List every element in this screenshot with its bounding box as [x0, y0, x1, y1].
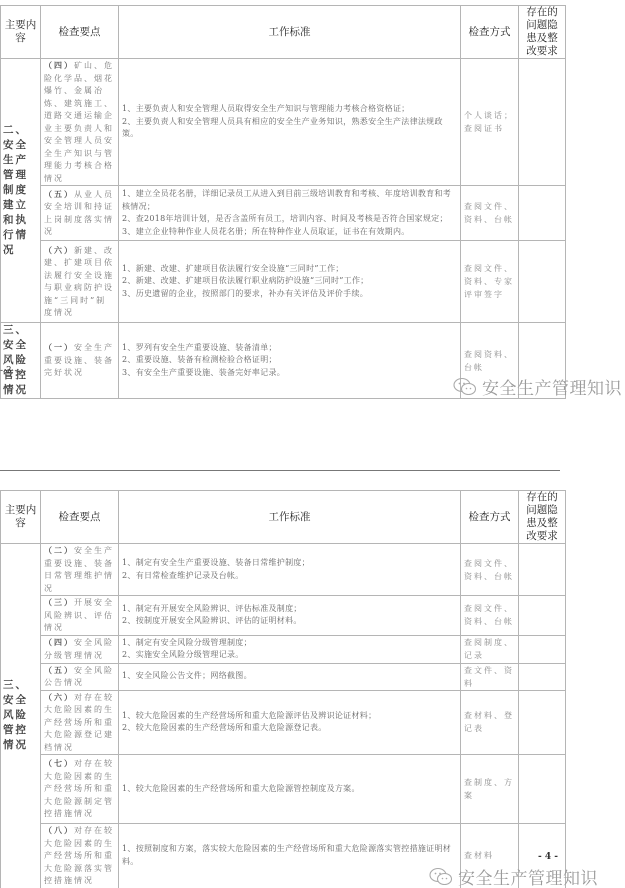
check-method-cell: 查阅文件、资料、台帐: [461, 544, 519, 596]
standard-line: 2、新建、改建、扩建项目依法履行职业病防护设施“三同时”工作；: [122, 275, 457, 288]
main-content-cell: 三、安全风险管控情况: [1, 544, 41, 888]
table-header-row: 主要内容 检查要点 工作标准 检查方式 存在的问题隐患及整改要求: [1, 491, 566, 544]
table-row: （六）对存在较大危险因素的生产经营场所和重大危险源登记建档情况 1、较大危险因素…: [1, 690, 566, 755]
watermark: 安全生产管理知识: [428, 864, 598, 888]
main-content-cell: 二、安全生产管理制度建立和执行情况: [1, 59, 41, 323]
table-row: 三、安全风险管控情况 （二）安全生产重要设施、装备日常管理维护情况 1、制定有安…: [1, 544, 566, 596]
item-number: （四）: [44, 60, 74, 70]
standard-line: 1、安全风险公告文件；网络截图。: [122, 670, 457, 683]
work-standard-cell: 1、制定有安全生产重要设施、装备日常维护制度； 2、有日常检查维护记录及台帐。: [119, 544, 461, 596]
header-check-method: 检查方式: [461, 6, 519, 59]
check-point-cell: （五）安全风险公告情况: [41, 663, 119, 690]
work-standard-cell: 1、制定有开展安全风险辨识、评估标准及制度； 2、按制度开展安全风险辨识、评估的…: [119, 596, 461, 636]
header-work-standard: 工作标准: [119, 491, 461, 544]
header-work-standard: 工作标准: [119, 6, 461, 59]
check-method-cell: 查阅制度、记录: [461, 635, 519, 663]
item-number: （六）: [44, 692, 74, 702]
issues-cell[interactable]: [519, 241, 566, 323]
table-row: （三）开展安全风险辨识、评估情况 1、制定有开展安全风险辨识、评估标准及制度； …: [1, 596, 566, 636]
check-method-cell: 查阅文件、资料、台帐: [461, 596, 519, 636]
check-point-cell: （四）矿山、危险化学品、烟花爆竹、金属冶炼、建筑施工、道路交通运输企业主要负责人…: [41, 59, 119, 186]
wechat-icon: [428, 867, 454, 887]
standard-line: 1、较大危险因素的生产经营场所和重大危险源评估及辨识论证材料；: [122, 710, 457, 723]
main-content-cell: 三、安全风险管控情况: [1, 323, 41, 399]
inspection-table-page-4: 主要内容 检查要点 工作标准 检查方式 存在的问题隐患及整改要求 三、安全风险管…: [0, 490, 566, 888]
item-number: （四）: [44, 637, 74, 647]
item-number: （二）: [44, 545, 74, 555]
issues-cell[interactable]: [519, 59, 566, 186]
check-point-cell: （六）新建、改建、扩建项目依法履行安全设施与职业病防护设施“三同时”制度情况: [41, 241, 119, 323]
header-issues: 存在的问题隐患及整改要求: [519, 491, 566, 544]
check-point-cell: （八）对存在较大危险因素的生产经营场所和重大危险源落实管控措施情况: [41, 824, 119, 888]
table-row: （七）对存在较大危险因素的生产经营场所和重大危险源制定管控措施情况 1、较大危险…: [1, 755, 566, 824]
issues-cell[interactable]: [519, 663, 566, 690]
work-standard-cell: 1、较大危险因素的生产经营场所和重大危险源管控制度及方案。: [119, 755, 461, 824]
table-row: 二、安全生产管理制度建立和执行情况 （四）矿山、危险化学品、烟花爆竹、金属冶炼、…: [1, 59, 566, 186]
check-method-cell: 查阅文件、资料、台帐: [461, 186, 519, 241]
issues-cell[interactable]: [519, 635, 566, 663]
issues-cell[interactable]: [519, 186, 566, 241]
standard-line: 1、新建、改建、扩建项目依法履行安全设施“三同时”工作；: [122, 263, 457, 276]
check-point-cell: （七）对存在较大危险因素的生产经营场所和重大危险源制定管控措施情况: [41, 755, 119, 824]
table-row: （六）新建、改建、扩建项目依法履行安全设施与职业病防护设施“三同时”制度情况 1…: [1, 241, 566, 323]
item-number: （五）: [44, 189, 74, 199]
check-method-cell: 查材料、登记表: [461, 690, 519, 755]
header-main-content: 主要内容: [1, 491, 41, 544]
watermark-text: 安全生产管理知识: [458, 864, 598, 888]
standard-line: 2、重要设施、装备有检测检验合格证明；: [122, 354, 457, 367]
standard-line: 2、查2018年培训计划，是否含盖所有员工，培训内容、时间及考核是否符合国家规定…: [122, 213, 457, 226]
work-standard-cell: 1、新建、改建、扩建项目依法履行安全设施“三同时”工作； 2、新建、改建、扩建项…: [119, 241, 461, 323]
work-standard-cell: 1、较大危险因素的生产经营场所和重大危险源评估及辨识论证材料； 2、较大危险因素…: [119, 690, 461, 755]
table-row: （四）安全风险分级管理情况 1、制定有安全风险分级管理制度； 2、实施安全风险分…: [1, 635, 566, 663]
standard-line: 1、按照制度和方案，落实较大危险因素的生产经营场所和重大危险源落实管控措施证明材…: [122, 843, 457, 868]
item-number: （八）: [44, 825, 74, 835]
page-separator: [0, 470, 560, 471]
check-method-cell: 查制度、方案: [461, 755, 519, 824]
check-point-cell: （六）对存在较大危险因素的生产经营场所和重大危险源登记建档情况: [41, 690, 119, 755]
standard-line: 3、历史遗留的企业，按照部门的要求，补办有关评估及评价手续。: [122, 288, 457, 301]
header-issues: 存在的问题隐患及整改要求: [519, 6, 566, 59]
standard-line: 1、制定有安全风险分级管理制度；: [122, 637, 457, 650]
item-number: （五）: [44, 665, 74, 675]
standard-line: 2、较大危险因素的生产经营场所和重大危险源登记表。: [122, 722, 457, 735]
work-standard-cell: 1、制定有安全风险分级管理制度； 2、实施安全风险分级管理记录。: [119, 635, 461, 663]
standard-line: 1、制定有开展安全风险辨识、评估标准及制度；: [122, 603, 457, 616]
wechat-icon: [452, 377, 478, 397]
check-point-text: 新建、改建、扩建项目依法履行安全设施与职业病防护设施“三同时”制度情况: [44, 246, 114, 318]
standard-line: 1、主要负责人和安全管理人员取得安全生产知识与管理能力考核合格资格证；: [122, 103, 457, 116]
table-row: （五）从业人员安全培训和持证上岗制度落实情况 1、建立全员花名册，详细记录员工从…: [1, 186, 566, 241]
check-point-text: 矿山、危险化学品、烟花爆竹、金属冶炼、建筑施工、道路交通运输企业主要负责人和安全…: [44, 61, 114, 183]
work-standard-cell: 1、按照制度和方案，落实较大危险因素的生产经营场所和重大危险源落实管控措施证明材…: [119, 824, 461, 888]
watermark-text: 安全生产管理知识: [482, 374, 622, 399]
standard-line: 1、制定有安全生产重要设施、装备日常维护制度；: [122, 557, 457, 570]
issues-cell[interactable]: [519, 544, 566, 596]
header-check-point: 检查要点: [41, 6, 119, 59]
issues-cell[interactable]: [519, 690, 566, 755]
issues-cell[interactable]: [519, 596, 566, 636]
table-header-row: 主要内容 检查要点 工作标准 检查方式 存在的问题隐患及整改要求: [1, 6, 566, 59]
check-point-cell: （四）安全风险分级管理情况: [41, 635, 119, 663]
check-point-cell: （三）开展安全风险辨识、评估情况: [41, 596, 119, 636]
issues-cell[interactable]: [519, 755, 566, 824]
page-number: - 4 -: [538, 852, 558, 862]
check-method-cell: 查文件、资料: [461, 663, 519, 690]
check-point-cell: （二）安全生产重要设施、装备日常管理维护情况: [41, 544, 119, 596]
header-check-point: 检查要点: [41, 491, 119, 544]
header-main-content: 主要内容: [1, 6, 41, 59]
standard-line: 2、实施安全风险分级管理记录。: [122, 649, 457, 662]
check-point-cell: （一）安全生产重要设施、装备完好状况: [41, 323, 119, 399]
standard-line: 3、有安全生产重要设施、装备完好率记录。: [122, 367, 457, 380]
work-standard-cell: 1、罗列有安全生产重要设施、装备清单； 2、重要设施、装备有检测检验合格证明； …: [119, 323, 461, 399]
item-number: （三）: [44, 597, 74, 607]
item-number: （七）: [44, 758, 74, 768]
work-standard-cell: 1、建立全员花名册，详细记录员工从进入到目前三级培训教育和考核、年度培训教育和考…: [119, 186, 461, 241]
check-method-cell: 查阅文件、资料、专家评审签字: [461, 241, 519, 323]
work-standard-cell: 1、安全风险公告文件；网络截图。: [119, 663, 461, 690]
check-method-cell: 个人谈话；查阅证书: [461, 59, 519, 186]
item-number: （一）: [44, 342, 74, 352]
table-row: （五）安全风险公告情况 1、安全风险公告文件；网络截图。 查文件、资料: [1, 663, 566, 690]
inspection-table-page-3: 主要内容 检查要点 工作标准 检查方式 存在的问题隐患及整改要求 二、安全生产管…: [0, 5, 566, 399]
check-point-cell: （五）从业人员安全培训和持证上岗制度落实情况: [41, 186, 119, 241]
item-number: （六）: [44, 245, 74, 255]
standard-line: 1、罗列有安全生产重要设施、装备清单；: [122, 342, 457, 355]
page-number: - 3 -: [0, 366, 18, 376]
standard-line: 2、有日常检查维护记录及台帐。: [122, 570, 457, 583]
standard-line: 2、主要负责人和安全管理人员具有相应的安全生产业务知识，熟悉安全生产法律法规政策…: [122, 116, 457, 141]
standard-line: 1、建立全员花名册，详细记录员工从进入到目前三级培训教育和考核、年度培训教育和考…: [122, 188, 457, 213]
watermark: 安全生产管理知识: [452, 374, 622, 399]
standard-line: 3、建立企业特种作业人员花名册；所在特种作业人员取证，证书在有效期内。: [122, 226, 457, 239]
standard-line: 2、按制度开展安全风险辨识、评估的证明材料。: [122, 615, 457, 628]
header-check-method: 检查方式: [461, 491, 519, 544]
standard-line: 1、较大危险因素的生产经营场所和重大危险源管控制度及方案。: [122, 783, 457, 796]
work-standard-cell: 1、主要负责人和安全管理人员取得安全生产知识与管理能力考核合格资格证； 2、主要…: [119, 59, 461, 186]
